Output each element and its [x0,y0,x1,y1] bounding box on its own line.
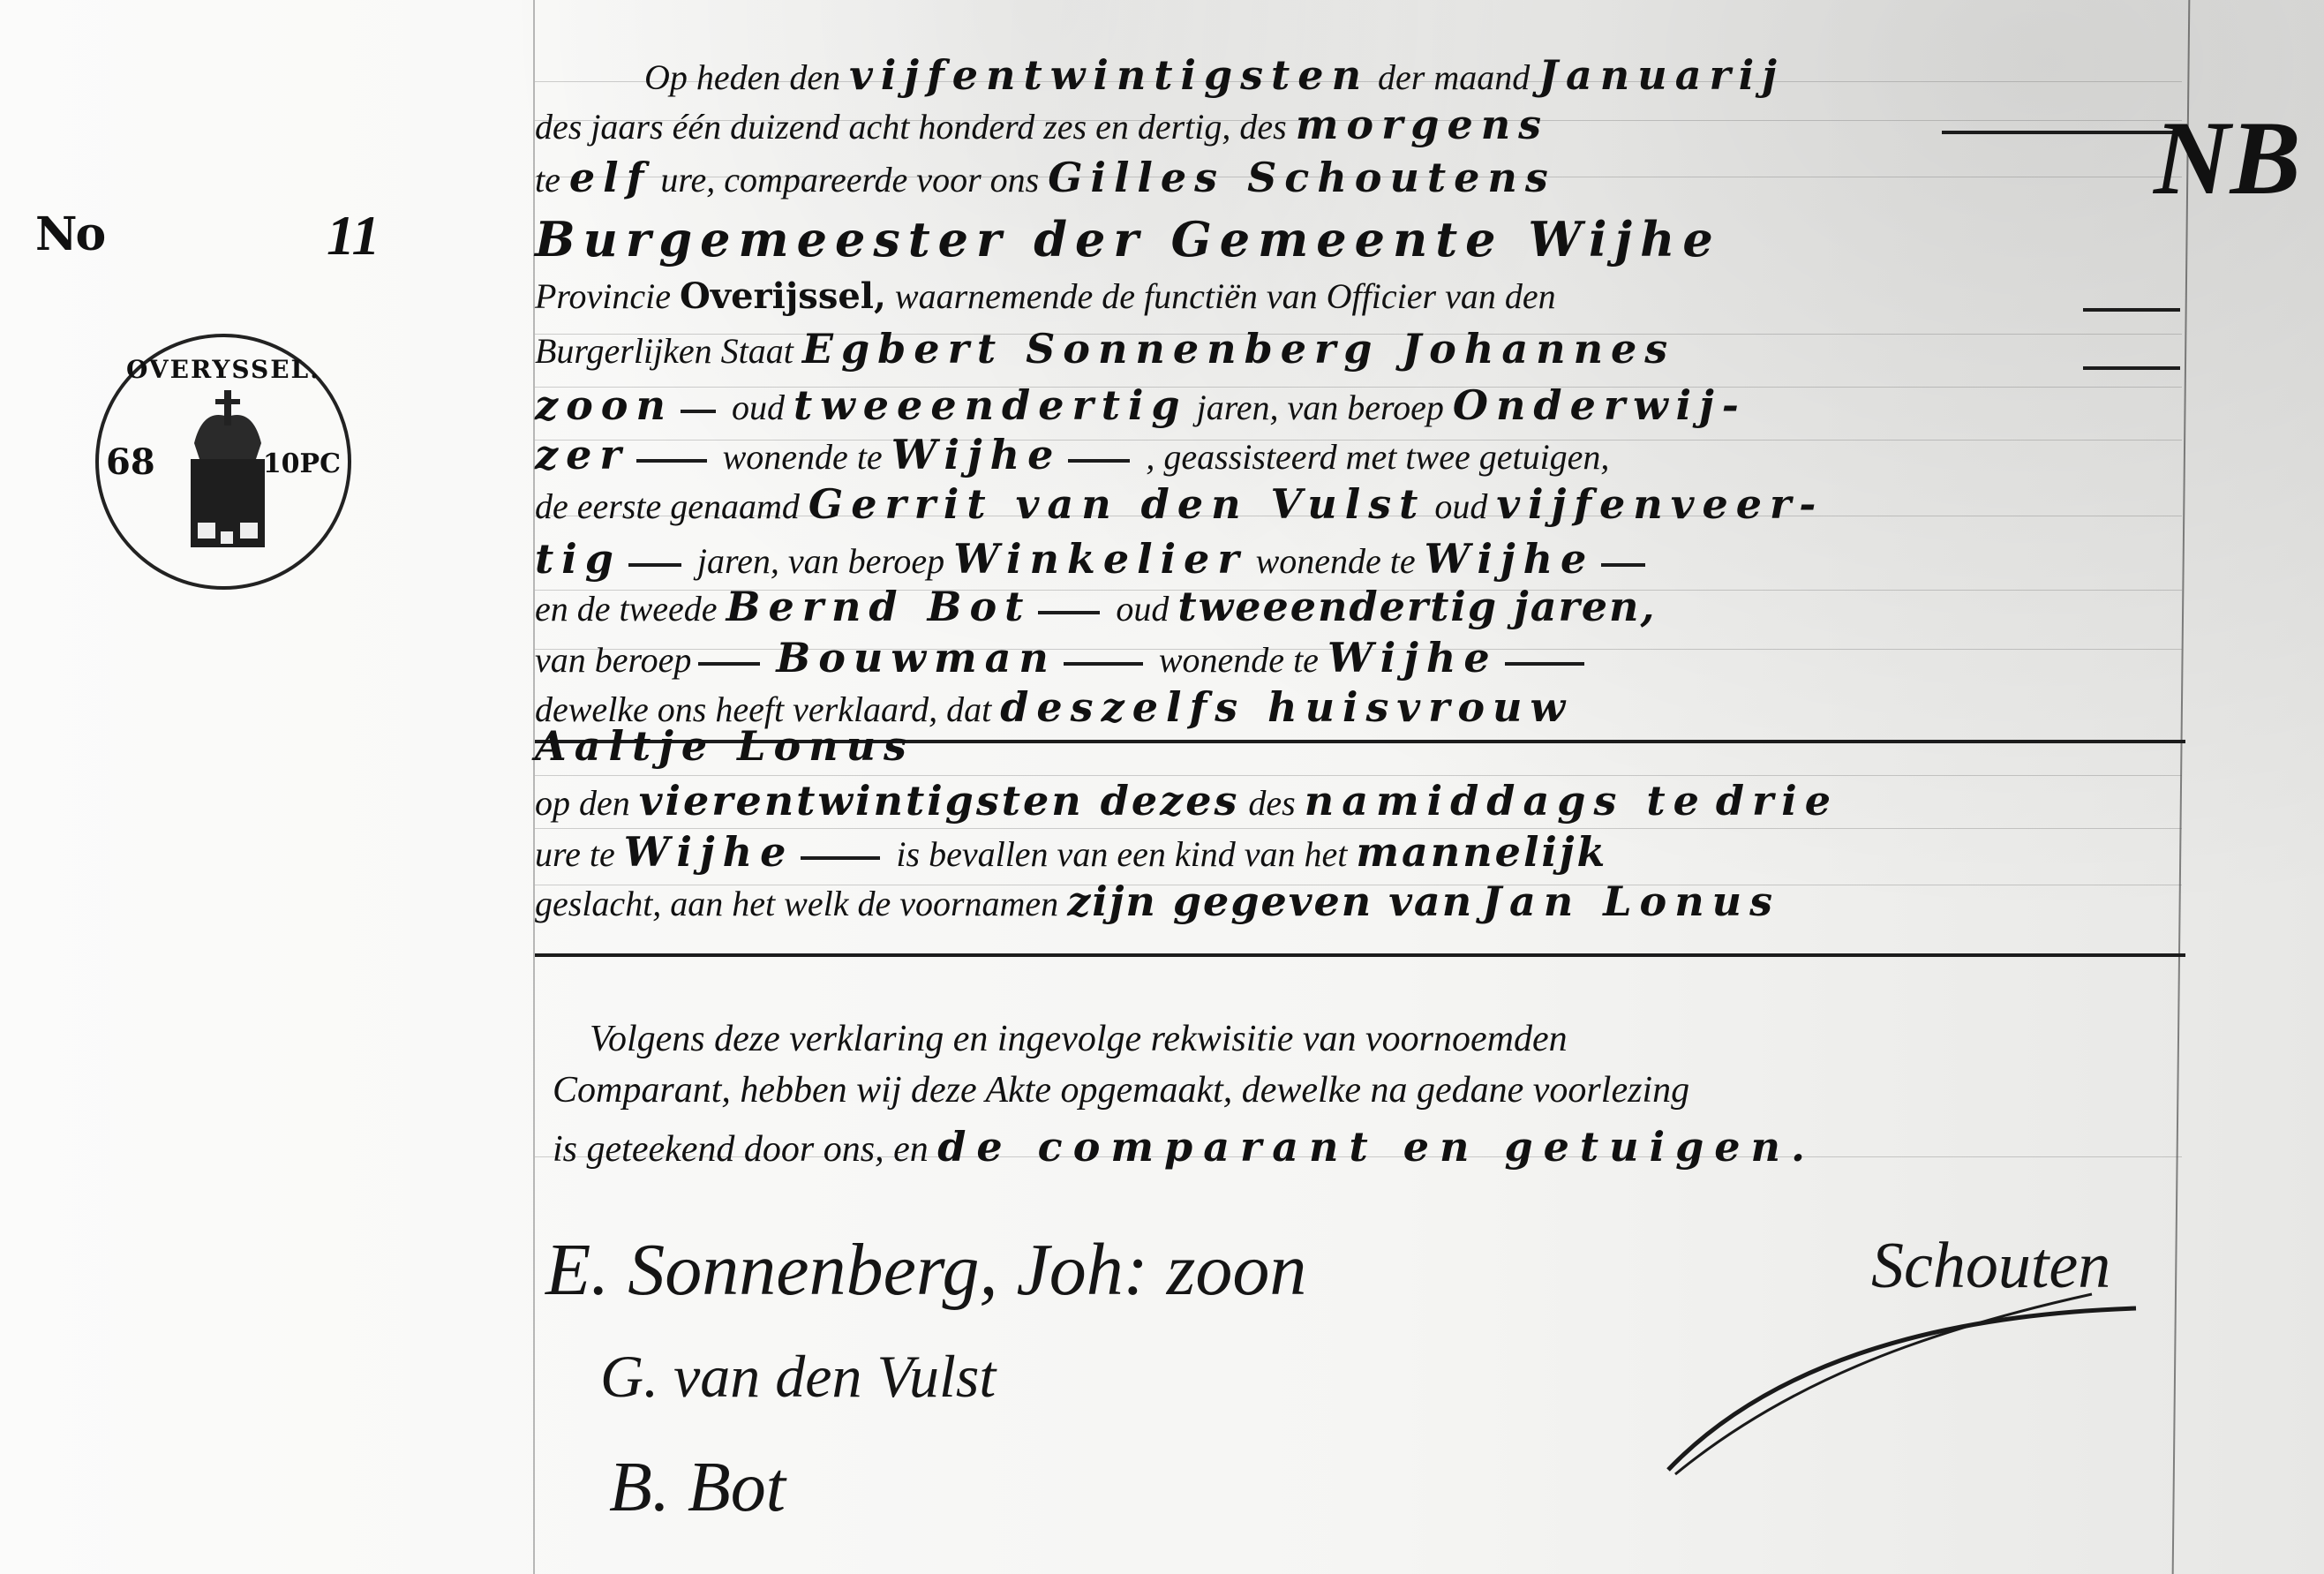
line-text: oud [1434,486,1487,526]
line-text: van beroep [535,640,691,680]
deed-line-2: des jaars één duizend acht honderd zes e… [535,104,1549,145]
line-text: , geassisteerd met twee getuigen, [1146,437,1609,477]
fill-dash [698,662,760,666]
fill-dash [636,459,707,463]
line-text: Burgerlijken Staat [535,331,793,371]
fill-dash [1601,563,1645,567]
deed-line-1: Op heden den vijfentwintigsten der maand… [644,55,1785,95]
fill-dash [801,856,880,860]
line-text: waarnemende de functiën van Officier van… [895,276,1556,316]
filled-witness2-occupation: Bouwman [776,634,1057,682]
filled-birth-place: Wijhe [624,828,794,876]
deed-line-4: Burgemeester der Gemeente Wijhe [535,215,1721,263]
filled-declarant-name: Egbert Sonnenberg Johannes [802,325,1675,373]
deed-line-15: op den vierentwintigsten dezes des namid… [535,780,1839,821]
line-text: wonende te [1159,640,1319,680]
line-text: op den [535,783,630,823]
filled-name-suffix: zoon [535,381,673,429]
filled-occupation-cont: zer [535,431,629,478]
deed-line-5: Provincie Overijssel, waarnemende de fun… [535,279,1556,314]
deed-line-12: van beroep Bouwman wonende te Wijhe [535,637,1591,678]
line-text: des [1248,783,1295,823]
fill-dash [1064,662,1143,666]
filled-birth-part-of-day: namiddags te [1305,777,1707,825]
closing-line-3: is geteekend door ons, en de comparant e… [553,1126,1816,1168]
crown-crest-icon [185,390,270,558]
filled-child-sex: mannelijk [1356,828,1607,876]
section-rule [1942,131,2180,134]
line-text: des jaars één duizend acht honderd zes e… [535,107,1287,147]
filled-day: vijfentwintigsten [849,51,1369,99]
line-text: Op heden den [644,57,840,97]
filled-birth-day: vierentwintigsten dezes [639,777,1240,825]
line-text: oud [732,388,785,427]
deed-line-10: tig jaren, van beroep Winkelier wonende … [535,538,1652,579]
deed-line-14: Aaltje Lonus [535,726,914,766]
filled-time-of-day: morgens [1296,101,1549,148]
deed-line-17: geslacht, aan het welk de voornamen zijn… [535,881,1780,922]
filled-witness1-occupation: Winkelier [953,535,1246,583]
line-text: en de tweede [535,589,718,629]
section-rule [535,953,2185,957]
signature-witness-1: G. van den Vulst [600,1342,996,1412]
filled-relation: deszelfs huisvrouw [1000,683,1573,731]
record-number-label: No [35,207,104,261]
deed-line-11: en de tweede Bernd Bot oud tweeendertig … [535,586,1656,627]
filled-witness1-residence: Wijhe [1425,535,1595,583]
filled-declarant-age: tweeendertig [793,381,1188,429]
fill-dash [1038,611,1100,614]
fill-dash [628,563,681,567]
deed-line-7: zoon oud tweeendertig jaren, van beroep … [535,385,1747,426]
filled-witness2-age: tweeendertig jaren, [1177,583,1656,630]
filled-residence: Wijhe [891,431,1062,478]
line-text: wonende te [1256,541,1416,581]
filled-official-title: Burgemeester der Gemeente Wijhe [535,211,1721,267]
deed-line-8: zer wonende te Wijhe , geassisteerd met … [535,434,1609,475]
filled-witness1-name: Gerrit van den Vulst [809,480,1425,528]
register-page: No 11 OVERYSSEL. 68 10PC NB Op heden den… [0,0,2324,1574]
margin-initials: NB [2154,97,2301,219]
deed-line-3: te elf ure, compareerde voor ons Gilles … [535,157,1556,198]
closing-line-1: Volgens deze verklaring en ingevolge rek… [590,1020,1568,1058]
filled-witness2-name: Bernd Bot [726,583,1032,630]
line-text: Provincie [535,276,671,316]
filled-witness1-age-cont: tig [535,535,621,583]
line-text: der maand [1378,57,1530,97]
signature-witness-2: B. Bot [609,1448,786,1528]
filled-signers: de comparant en getuigen. [937,1123,1816,1171]
filled-month: Januarij [1538,51,1785,99]
line-text: jaren, van beroep [1197,388,1444,427]
line-text: is geteekend door ons, en [553,1129,929,1170]
closing-line-2: Comparant, hebben wij deze Akte opgemaak… [553,1072,1689,1109]
overijssel-tax-stamp: OVERYSSEL. 68 10PC [95,334,351,590]
ruled-line [535,775,2182,776]
stamp-top-text: OVERYSSEL. [99,355,348,384]
filled-birth-hour: drie [1716,777,1839,825]
section-rule [2083,366,2180,370]
line-text: oud [1116,589,1169,629]
printed-province: Overijssel, [680,275,886,317]
line-text: ure te [535,834,615,874]
filled-given-names-lead: zijn gegeven van [1067,877,1473,925]
line-text: is bevallen van een kind van het [896,834,1347,874]
line-text: geslacht, aan het welk de voornamen [535,884,1058,923]
line-text: ure, compareerde voor ons [660,160,1039,200]
signature-declarant: E. Sonnenberg, Joh: zoon [545,1227,1306,1313]
line-text: jaren, van beroep [697,541,944,581]
section-rule [2083,308,2180,312]
record-number-value: 11 [327,203,380,268]
filled-mother-name: Aaltje Lonus [535,722,914,770]
deed-line-16: ure te Wijhe is bevallen van een kind va… [535,832,1607,872]
filled-child-name: Jan Lonus [1482,877,1780,925]
line-text: de eerste genaamd [535,486,800,526]
fill-dash [1505,662,1584,666]
filled-witness2-residence: Wijhe [1327,634,1498,682]
deed-line-6: Burgerlijken Staat Egbert Sonnenberg Joh… [535,328,1675,369]
filled-official-name: Gilles Schoutens [1048,154,1556,201]
deed-line-9: de eerste genaamd Gerrit van den Vulst o… [535,484,1824,524]
fill-dash [1068,459,1130,463]
line-text: wonende te [723,437,883,477]
right-margin-rule [2172,0,2191,1574]
line-text: te [535,160,560,200]
filled-hour: elf [569,154,652,201]
stamp-left-text: 68 [106,441,155,483]
fill-dash [681,410,716,413]
signature-flourish-icon [1659,1289,2154,1483]
filled-declarant-occupation: Onderwij- [1453,381,1747,429]
stamp-right-text: 10PC [263,448,341,479]
filled-witness1-age: vijfenveer- [1496,480,1824,528]
